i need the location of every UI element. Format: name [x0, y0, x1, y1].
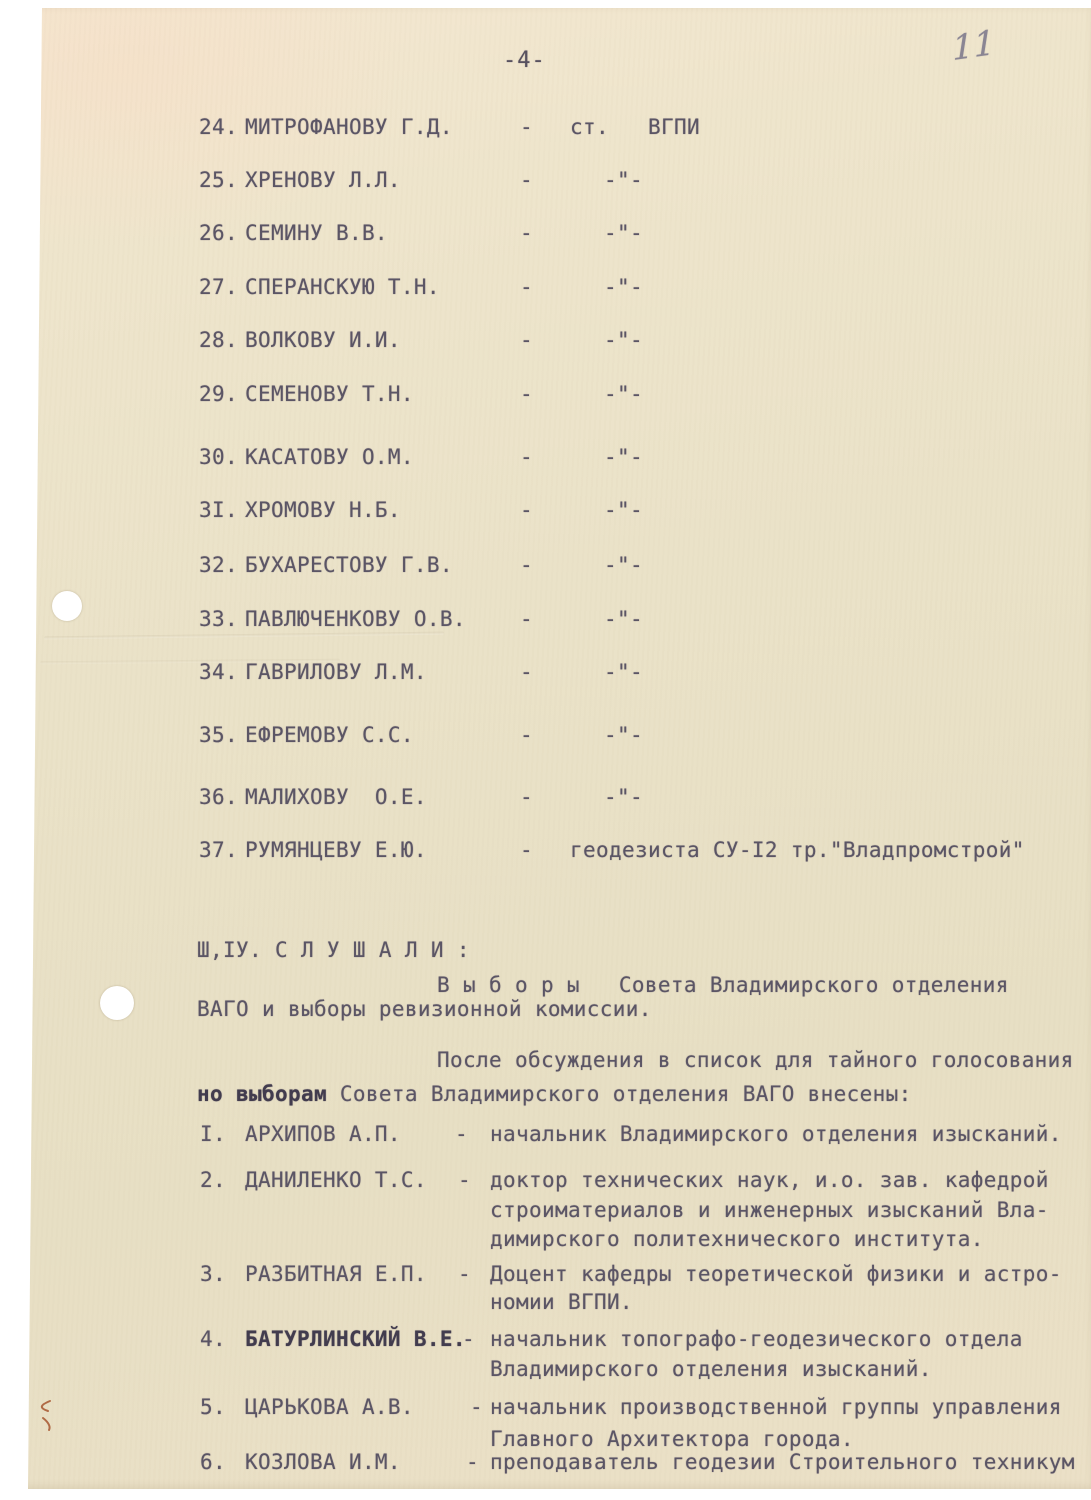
candidate-dash: -	[466, 1450, 479, 1474]
candidate-name: АРХИПОВ А.П.	[245, 1122, 401, 1146]
candidate-number: 5.	[200, 1395, 226, 1419]
candidate-description: Главного Архитектора города.	[490, 1427, 854, 1451]
candidate-dash: -	[458, 1168, 471, 1192]
candidate-dash: -	[458, 1262, 471, 1286]
candidate-number: I.	[200, 1122, 226, 1146]
list-item-line: номии ВГПИ.	[0, 1290, 1091, 1316]
candidate-name: БАТУРЛИНСКИЙ В.Е.	[245, 1327, 466, 1351]
candidate-description: начальник производственной группы управл…	[490, 1395, 1062, 1419]
candidate-dash: -	[470, 1395, 483, 1419]
list-item-line: строиматериалов и инженерных изысканий В…	[0, 1198, 1091, 1224]
list-item-line: 5.ЦАРЬКОВА А.В.-начальник производственн…	[0, 1395, 1091, 1421]
list-item-line: 4.БАТУРЛИНСКИЙ В.Е.-начальник топографо-…	[0, 1327, 1091, 1353]
candidate-description: начальник Владимирского отделения изыска…	[490, 1122, 1062, 1146]
list-item-line: 6.КОЗЛОВА И.М.-преподаватель геодезии Ст…	[0, 1450, 1091, 1476]
list-item-line: 3.РАЗБИТНАЯ Е.П.-Доцент кафедры теоретич…	[0, 1262, 1091, 1288]
candidate-number: 6.	[200, 1450, 226, 1474]
candidates-list: I.АРХИПОВ А.П.-начальник Владимирского о…	[0, 0, 1091, 1500]
candidate-dash: -	[462, 1327, 475, 1351]
candidate-dash: -	[455, 1122, 468, 1146]
candidate-number: 4.	[200, 1327, 226, 1351]
candidate-number: 3.	[200, 1262, 226, 1286]
candidate-description: доктор технических наук, и.о. зав. кафед…	[490, 1168, 1049, 1192]
candidate-name: РАЗБИТНАЯ Е.П.	[245, 1262, 427, 1286]
candidate-name: КОЗЛОВА И.М.	[245, 1450, 401, 1474]
scanned-document-page: -4- 11 24.МИТРОФАНОВУ Г.Д.-ст. ВГПИ25.ХР…	[0, 0, 1091, 1500]
punch-hole	[100, 986, 134, 1020]
candidate-description: димирского политехнического института.	[490, 1227, 984, 1251]
candidate-description: Доцент кафедры теоретической физики и ас…	[490, 1262, 1062, 1286]
candidate-name: ДАНИЛЕНКО Т.С.	[245, 1168, 427, 1192]
candidate-description: номии ВГПИ.	[490, 1290, 633, 1314]
punch-hole	[52, 591, 82, 621]
list-item-line: димирского политехнического института.	[0, 1227, 1091, 1253]
candidate-description: начальник топографо-геодезического отдел…	[490, 1327, 1023, 1351]
candidate-name: ЦАРЬКОВА А.В.	[245, 1395, 414, 1419]
candidate-description: Владимирского отделения изысканий.	[490, 1357, 932, 1381]
candidate-description: преподаватель геодезии Строительного тех…	[490, 1450, 1075, 1474]
list-item-line: I.АРХИПОВ А.П.-начальник Владимирского о…	[0, 1122, 1091, 1148]
list-item-line: 2.ДАНИЛЕНКО Т.С.-доктор технических наук…	[0, 1168, 1091, 1194]
candidate-description: строиматериалов и инженерных изысканий В…	[490, 1198, 1049, 1222]
candidate-number: 2.	[200, 1168, 226, 1192]
pen-mark	[36, 1398, 62, 1442]
list-item-line: Владимирского отделения изысканий.	[0, 1357, 1091, 1383]
